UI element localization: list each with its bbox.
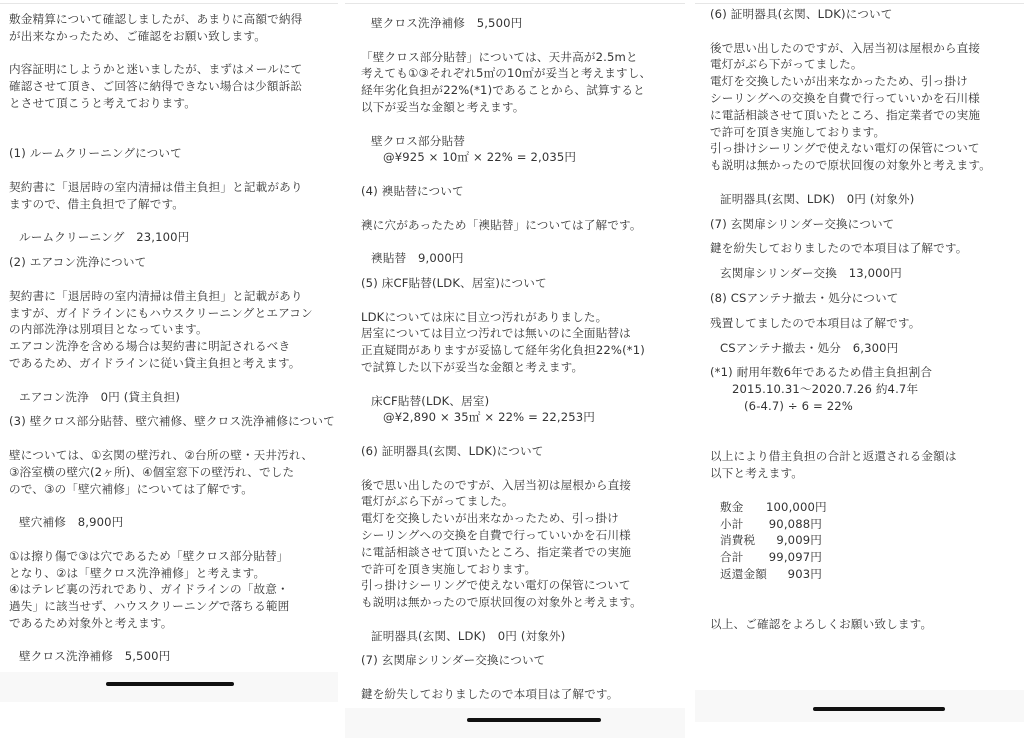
paragraph-line: 鍵を紛失しておりましたので本項目は了解です。: [710, 240, 1024, 257]
section-heading: (1) ルームクリーニングについて: [9, 145, 338, 162]
section-heading: (3) 壁クロス部分貼替、壁穴補修、壁クロス洗浄補修について: [9, 413, 338, 430]
intro-line: 内容証明にしようかと迷いましたが、まずはメールにて: [9, 61, 338, 78]
section-heading: (6) 証明器具(玄関、LDK)について: [710, 6, 1024, 23]
paragraph-line: ①は擦り傷で③は穴であるため「壁クロス部分貼替」: [9, 548, 338, 565]
cost-item: 壁クロス部分貼替: [361, 133, 685, 150]
summary-label: 小計: [720, 516, 766, 533]
paragraph-line: 以下が妥当な金額と考えます。: [361, 99, 685, 116]
home-indicator[interactable]: [813, 707, 945, 711]
intro-line: 敷金精算について確認しましたが、あまりに高額で納得: [9, 11, 338, 28]
paragraph-line: シーリングへの交換を自費で行っていいかを石川様: [710, 90, 1024, 107]
home-indicator-area: [345, 708, 685, 738]
paragraph-line: 「壁クロス部分貼替」については、天井高が2.5mと: [361, 49, 685, 66]
email-body[interactable]: 壁クロス洗浄補修 5,500円 「壁クロス部分貼替」については、天井高が2.5m…: [361, 15, 685, 703]
paragraph-line: 電灯がぶら下がってました。: [361, 493, 685, 510]
summary-value: 903円: [766, 566, 822, 583]
paragraph-line: エアコン洗浄を含める場合は契約書に明記されるべき: [9, 338, 338, 355]
paragraph-line: 電灯を交換したいが出来なかったため、引っ掛け: [361, 510, 685, 527]
paragraph-line: 後で思い出したのですが、入居当初は屋根から直接: [361, 477, 685, 494]
cost-item: 証明器具(玄関、LDK) 0円 (対象外): [710, 191, 1024, 208]
paragraph-line: LDKについては床に目立つ汚れがありました。: [361, 309, 685, 326]
section-heading: (7) 玄関扉シリンダー交換について: [361, 652, 685, 669]
cost-item: CSアンテナ撤去・処分 6,300円: [710, 340, 1024, 357]
section-heading: (7) 玄関扉シリンダー交換について: [710, 216, 1024, 233]
divider: [345, 3, 685, 4]
footnote-heading: (*1) 耐用年数6年であるため借主負担割合: [710, 364, 1024, 381]
paragraph-line: で許可を頂き実施しております。: [361, 561, 685, 578]
cost-item: 襖貼替 9,000円: [361, 250, 685, 267]
paragraph-line: も説明は無かったので原状回復の対象外と考えます。: [710, 157, 1024, 174]
home-indicator[interactable]: [467, 718, 601, 722]
paragraph-line: に電話相談させて頂いたところ、指定業者での実施: [361, 544, 685, 561]
summary-label: 返還金額: [720, 566, 766, 583]
home-indicator-area: [0, 672, 338, 702]
screenshot-panel-1: 敷金精算について確認しましたが、あまりに高額で納得 が出来なかったため、ご確認を…: [0, 0, 338, 747]
paragraph-line: 考えても①③それぞれ5㎡の10㎡が妥当と考えますし、: [361, 65, 685, 82]
paragraph-line: 後で思い出したのですが、入居当初は屋根から直接: [710, 40, 1024, 57]
cost-item: ルームクリーニング 23,100円: [9, 229, 338, 246]
section-heading: (5) 床CF貼替(LDK、居室)について: [361, 275, 685, 292]
paragraph-line: シーリングへの交換を自費で行っていいかを石川様: [361, 527, 685, 544]
paragraph-line: 電灯を交換したいが出来なかったため、引っ掛け: [710, 73, 1024, 90]
paragraph-line: 以上により借主負担の合計と返還される金額は: [710, 448, 1024, 465]
cost-formula: @¥2,890 × 35㎡ × 22% = 22,253円: [361, 409, 685, 426]
summary-label: 合計: [720, 549, 766, 566]
paragraph-line: ④はテレビ裏の汚れであり、ガイドラインの「故意・: [9, 581, 338, 598]
paragraph-line: 鍵を紛失しておりましたので本項目は了解です。: [361, 686, 685, 703]
paragraph-line: 過失」に該当せず、ハウスクリーニングで落ちる範囲: [9, 598, 338, 615]
paragraph-line: 居室については目立つ汚れでは無いのに全面貼替は: [361, 325, 685, 342]
divider: [0, 3, 338, 4]
paragraph-line: も説明は無かったので原状回復の対象外と考えます。: [361, 594, 685, 611]
paragraph-line: で許可を頂き実施しております。: [710, 124, 1024, 141]
summary-value: 100,000円: [766, 499, 822, 516]
paragraph-line: 以下と考えます。: [710, 465, 1024, 482]
paragraph-line: 壁については、①玄関の壁汚れ、②台所の壁・天井汚れ、: [9, 447, 338, 464]
section-heading: (6) 証明器具(玄関、LDK)について: [361, 443, 685, 460]
summary-label: 敷金: [720, 499, 766, 516]
section-heading: (2) エアコン洗浄について: [9, 254, 338, 271]
intro-line: とさせて頂こうと考えております。: [9, 95, 338, 112]
settlement-summary: 敷金 100,000円 小計 90,088円 消費税 9,009円 合計 99,…: [710, 499, 1024, 583]
cost-item: 玄関扉シリンダー交換 13,000円: [710, 265, 1024, 282]
footnote-line: (6-4.7) ÷ 6 = 22%: [710, 398, 1024, 415]
cost-item: 壁クロス洗浄補修 5,500円: [361, 15, 685, 32]
paragraph-line: 経年劣化負担が22%(*1)であることから、試算すると: [361, 82, 685, 99]
section-heading: (4) 襖貼替について: [361, 183, 685, 200]
paragraph-line: ますが、ガイドラインにもハウスクリーニングとエアコン: [9, 305, 338, 322]
paragraph-line: 引っ掛けシーリングで使えない電灯の保管について: [361, 577, 685, 594]
cost-item: エアコン洗浄 0円 (貸主負担): [9, 389, 338, 406]
cost-item: 壁穴補修 8,900円: [9, 514, 338, 531]
summary-value: 99,097円: [766, 549, 822, 566]
paragraph-line: 正直疑問がありますが妥協して経年劣化負担22%(*1): [361, 342, 685, 359]
home-indicator-area: [695, 690, 1024, 722]
summary-value: 90,088円: [766, 516, 822, 533]
paragraph-line: 残置してましたので本項目は了解です。: [710, 315, 1024, 332]
section-heading: (8) CSアンテナ撤去・処分について: [710, 290, 1024, 307]
closing-line: 以上、ご確認をよろしくお願い致します。: [710, 616, 1024, 633]
paragraph-line: ますので、借主負担で了解です。: [9, 196, 338, 213]
email-body[interactable]: 敷金精算について確認しましたが、あまりに高額で納得 が出来なかったため、ご確認を…: [9, 11, 338, 699]
intro-line: が出来なかったため、ご確認をお願い致します。: [9, 28, 338, 45]
summary-value: 9,009円: [766, 532, 822, 549]
paragraph-line: 電灯がぶら下がってました。: [710, 56, 1024, 73]
paragraph-line: であるため、ガイドラインに従い貸主負担と考えます。: [9, 355, 338, 372]
divider: [695, 3, 1024, 4]
screenshot-panel-2: 壁クロス洗浄補修 5,500円 「壁クロス部分貼替」については、天井高が2.5m…: [345, 0, 685, 747]
cost-item: 床CF貼替(LDK、居室): [361, 393, 685, 410]
paragraph-line: に電話相談させて頂いたところ、指定業者での実施: [710, 107, 1024, 124]
paragraph-line: 契約書に「退居時の室内清掃は借主負担」と記載があり: [9, 179, 338, 196]
email-body[interactable]: (6) 証明器具(玄関、LDK)について 後で思い出したのですが、入居当初は屋根…: [710, 6, 1024, 633]
home-indicator[interactable]: [106, 682, 234, 686]
cost-formula: @¥925 × 10㎡ × 22% = 2,035円: [361, 149, 685, 166]
intro-line: 確認させて頂き、ご回答に納得できない場合は少額訴訟: [9, 78, 338, 95]
paragraph-line: 引っ掛けシーリングで使えない電灯の保管について: [710, 140, 1024, 157]
paragraph-line: となり、②は「壁クロス洗浄補修」と考えます。: [9, 565, 338, 582]
screenshot-panel-3: (6) 証明器具(玄関、LDK)について 後で思い出したのですが、入居当初は屋根…: [695, 0, 1024, 747]
paragraph-line: 契約書に「退居時の室内清掃は借主負担」と記載があり: [9, 288, 338, 305]
paragraph-line: で試算した以下が妥当な金額と考えます。: [361, 359, 685, 376]
paragraph-line: ので、③の「壁穴補修」については了解です。: [9, 481, 338, 498]
paragraph-line: の内部洗浄は別項目となっています。: [9, 321, 338, 338]
summary-label: 消費税: [720, 532, 766, 549]
paragraph-line: ③浴室横の壁穴(2ヶ所)、④個室窓下の壁汚れ、でした: [9, 464, 338, 481]
cost-item: 壁クロス洗浄補修 5,500円: [9, 648, 338, 665]
footnote-line: 2015.10.31〜2020.7.26 約4.7年: [710, 381, 1024, 398]
paragraph-line: 襖に穴があったため「襖貼替」については了解です。: [361, 217, 685, 234]
paragraph-line: であるため対象外と考えます。: [9, 615, 338, 632]
cost-item: 証明器具(玄関、LDK) 0円 (対象外): [361, 628, 685, 645]
